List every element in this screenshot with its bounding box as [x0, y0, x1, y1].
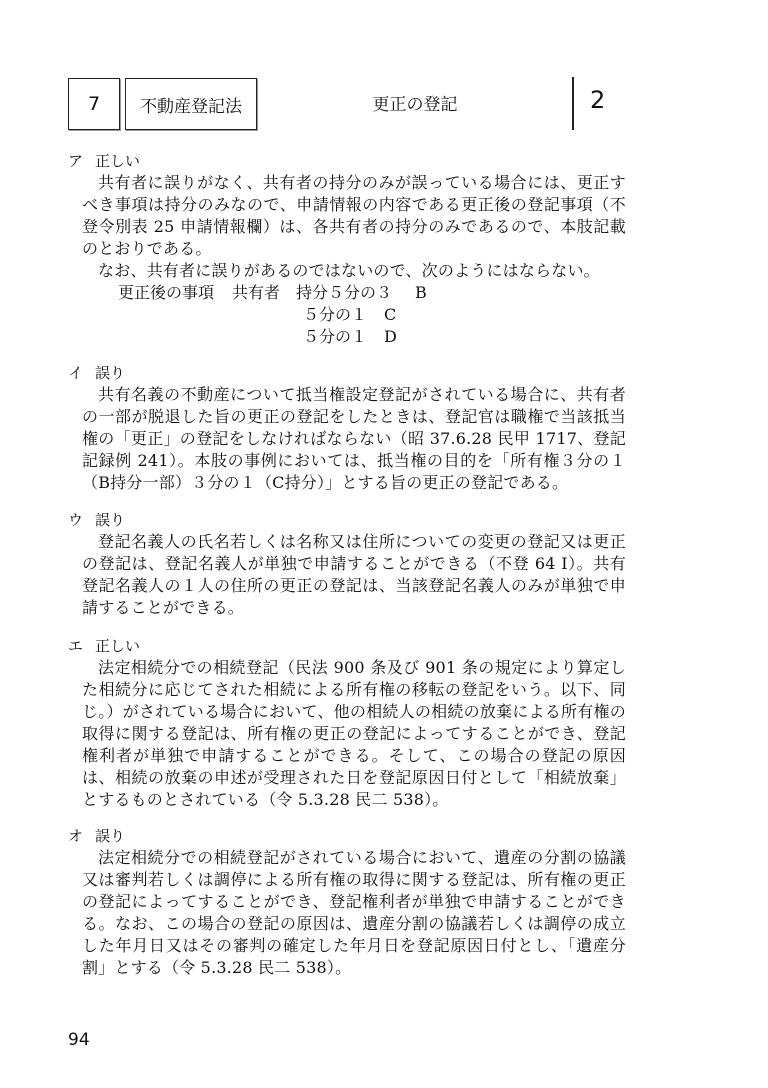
section-label: イ: [68, 362, 95, 384]
answer-section-o: オ誤り 法定相続分での相続登記がされている場合において、遺産の分割の協議又は審判…: [68, 825, 628, 979]
table-row: ５分の１ D: [68, 326, 628, 348]
header-divider: [572, 77, 574, 130]
table-row: ５分の１ C: [68, 304, 628, 326]
section-body: 法定相続分での相続登記（民法 900 条及び 901 条の規定により算定した相続…: [82, 657, 626, 811]
section-verdict: 誤り: [95, 825, 125, 847]
section-label: ア: [68, 150, 95, 172]
paragraph: 登記名義人の氏名若しくは名称又は住所についての変更の登記又は更正の登記は、登記名…: [82, 531, 626, 619]
answer-section-u: ウ誤り 登記名義人の氏名若しくは名称又は住所についての変更の登記又は更正の登記は…: [68, 509, 628, 619]
page-number: 94: [68, 1030, 90, 1050]
section-body: 法定相続分での相続登記がされている場合において、遺産の分割の協議又は審判若しくは…: [82, 847, 626, 979]
question-number: 2: [590, 86, 605, 114]
paragraph: 共有者に誤りがなく、共有者の持分のみが誤っている場合には、更正すべき事項は持分の…: [82, 172, 626, 260]
section-heading: ウ誤り: [68, 509, 628, 531]
section-verdict: 正しい: [95, 150, 140, 172]
subject-title: 不動産登記法: [140, 92, 242, 117]
section-heading: オ誤り: [68, 825, 628, 847]
correction-table: 更正後の事項 共有者 持分５分の３ B ５分の１ C ５分の１ D: [68, 282, 628, 348]
section-heading: イ誤り: [68, 362, 628, 384]
section-body: 共有名義の不動産について抵当権設定登記がされている場合に、共有者の一部が脱退した…: [82, 384, 626, 494]
section-label: オ: [68, 825, 95, 847]
table-cell: 持分５分の３: [296, 282, 392, 304]
table-cell: 共有者: [232, 282, 280, 304]
answer-section-e: エ正しい 法定相続分での相続登記（民法 900 条及び 901 条の規定により算…: [68, 635, 628, 811]
table-cell: ５分の１: [303, 326, 367, 348]
section-label: エ: [68, 635, 95, 657]
table-cell: B: [415, 282, 427, 304]
table-cell: 更正後の事項: [118, 282, 214, 304]
section-verdict: 誤り: [95, 509, 125, 531]
section-body: 登記名義人の氏名若しくは名称又は住所についての変更の登記又は更正の登記は、登記名…: [82, 531, 626, 619]
subject-box: 不動産登記法: [125, 78, 257, 130]
table-cell: D: [384, 326, 397, 348]
table-cell: ５分の１: [303, 304, 367, 326]
paragraph: 法定相続分での相続登記がされている場合において、遺産の分割の協議又は審判若しくは…: [82, 847, 626, 979]
section-heading: エ正しい: [68, 635, 628, 657]
section-verdict: 正しい: [95, 635, 140, 657]
paragraph: 共有名義の不動産について抵当権設定登記がされている場合に、共有者の一部が脱退した…: [82, 384, 626, 494]
section-verdict: 誤り: [95, 362, 125, 384]
section-heading: ア正しい: [68, 150, 628, 172]
answer-section-a: ア正しい 共有者に誤りがなく、共有者の持分のみが誤っている場合には、更正すべき事…: [68, 150, 628, 348]
topic-title: 更正の登記: [340, 90, 490, 115]
chapter-number: 7: [88, 93, 100, 115]
table-cell: C: [384, 304, 396, 326]
paragraph: なお、共有者に誤りがあるのではないので、次のようにはならない。: [82, 260, 626, 282]
paragraph: 法定相続分での相続登記（民法 900 条及び 901 条の規定により算定した相続…: [82, 657, 626, 811]
section-label: ウ: [68, 509, 95, 531]
table-row: 更正後の事項 共有者 持分５分の３ B: [68, 282, 628, 304]
answer-section-i: イ誤り 共有名義の不動産について抵当権設定登記がされている場合に、共有者の一部が…: [68, 362, 628, 494]
chapter-number-box: 7: [68, 78, 120, 130]
section-body: 共有者に誤りがなく、共有者の持分のみが誤っている場合には、更正すべき事項は持分の…: [82, 172, 626, 282]
